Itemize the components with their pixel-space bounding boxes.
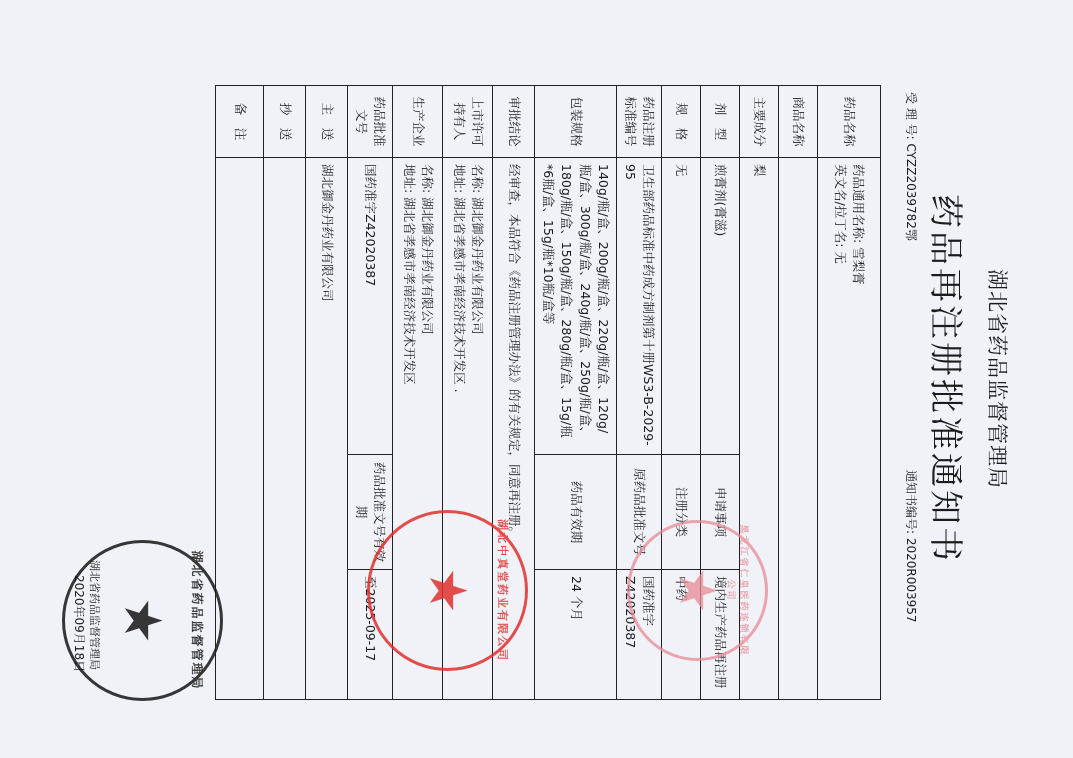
- company-seal-text: 湖北中真堂药业有限公司: [495, 513, 511, 668]
- acceptance-number-label: 受 理 号:: [904, 92, 918, 140]
- pink-seal: ★ 黑龙江省仁皇医药连锁有限公司: [627, 520, 768, 661]
- row-cc: 抄 送: [264, 86, 306, 700]
- pink-seal-text: 黑龙江省仁皇医药连锁有限公司: [725, 523, 751, 658]
- value-drug-name: 药品通用名称: 雪梨膏 英文名/拉丁名: 无: [818, 158, 881, 700]
- row-remarks: 备 注: [216, 86, 264, 700]
- approval-notice-document: 湖北省药品监督管理局 药品再注册批准通知书 受 理 号: CYZZ2039782…: [0, 0, 1073, 758]
- notice-number: 通知书编号: 2020R003957: [903, 470, 920, 623]
- star-icon: ★: [672, 567, 724, 614]
- acceptance-number: 受 理 号: CYZZ2039782鄂: [903, 92, 920, 241]
- issue-date: 2020年09月18日: [71, 575, 88, 672]
- label-standard-number: 药品注册标准编号: [616, 86, 661, 158]
- document-title: 药品再注册批准通知书: [924, 0, 973, 758]
- label-packaging: 包装规格: [535, 86, 617, 158]
- label-mah: 上市许可持有人: [443, 86, 493, 158]
- acceptance-number-value: CYZZ2039782鄂: [904, 144, 918, 241]
- row-main-recipient: 主 送 湖北御金丹药业有限公司: [306, 86, 348, 700]
- label-cc: 抄 送: [264, 86, 306, 158]
- agency-name: 湖北省药品监督管理局: [983, 0, 1013, 758]
- star-icon: ★: [422, 567, 474, 614]
- value-packaging: 140g/瓶/盒、200g/瓶/盒、220g/瓶/盒、120g/瓶/盒、300g…: [535, 158, 617, 455]
- label-shelf-life: 药品有效期: [535, 455, 617, 570]
- generic-name: 药品通用名称: 雪梨膏: [849, 164, 867, 693]
- label-specification: 规 格: [662, 86, 701, 158]
- value-standard-number: 卫生部药品标准中药成方制剂第十册WS3-B-2029-95: [616, 158, 661, 455]
- value-dosage-form: 煎膏剂(膏滋): [701, 158, 740, 455]
- row-packaging: 包装规格 140g/瓶/盒、200g/瓶/盒、220g/瓶/盒、120g/瓶/盒…: [535, 86, 617, 700]
- official-seal-text: 湖北省药品监督管理局: [189, 543, 206, 698]
- value-main-recipient: 湖北御金丹药业有限公司: [306, 158, 348, 700]
- row-drug-name: 药品名称 药品通用名称: 雪梨膏 英文名/拉丁名: 无: [818, 86, 881, 700]
- notice-number-value: 2020R003957: [904, 538, 918, 623]
- label-main-recipient: 主 送: [306, 86, 348, 158]
- value-cc: [264, 158, 306, 700]
- english-name: 英文名/拉丁名: 无: [831, 164, 849, 693]
- label-manufacturer: 生产企业: [393, 86, 443, 158]
- label-dosage-form: 剂 型: [701, 86, 740, 158]
- label-main-ingredient: 主要成分: [740, 86, 779, 158]
- issuer-name: 湖北省药品监督管理局: [87, 560, 103, 670]
- label-approval-number: 药品批准文号: [348, 86, 393, 158]
- value-approval-number: 国药准字Z42020387: [348, 158, 393, 455]
- row-trade-name: 商品名称: [779, 86, 818, 700]
- notice-number-label: 通知书编号:: [904, 470, 918, 534]
- label-drug-name: 药品名称: [818, 86, 881, 158]
- label-remarks: 备 注: [216, 86, 264, 158]
- value-specification: 无: [662, 158, 701, 455]
- label-conclusion: 审批结论: [493, 86, 535, 158]
- approval-table: 药品名称 药品通用名称: 雪梨膏 英文名/拉丁名: 无 商品名称 主要成分 梨 …: [215, 85, 881, 700]
- star-icon: ★: [117, 597, 169, 644]
- value-trade-name: [779, 158, 818, 700]
- value-shelf-life: 24 个月: [535, 570, 617, 700]
- label-trade-name: 商品名称: [779, 86, 818, 158]
- company-seal: ★ 湖北中真堂药业有限公司: [367, 510, 528, 671]
